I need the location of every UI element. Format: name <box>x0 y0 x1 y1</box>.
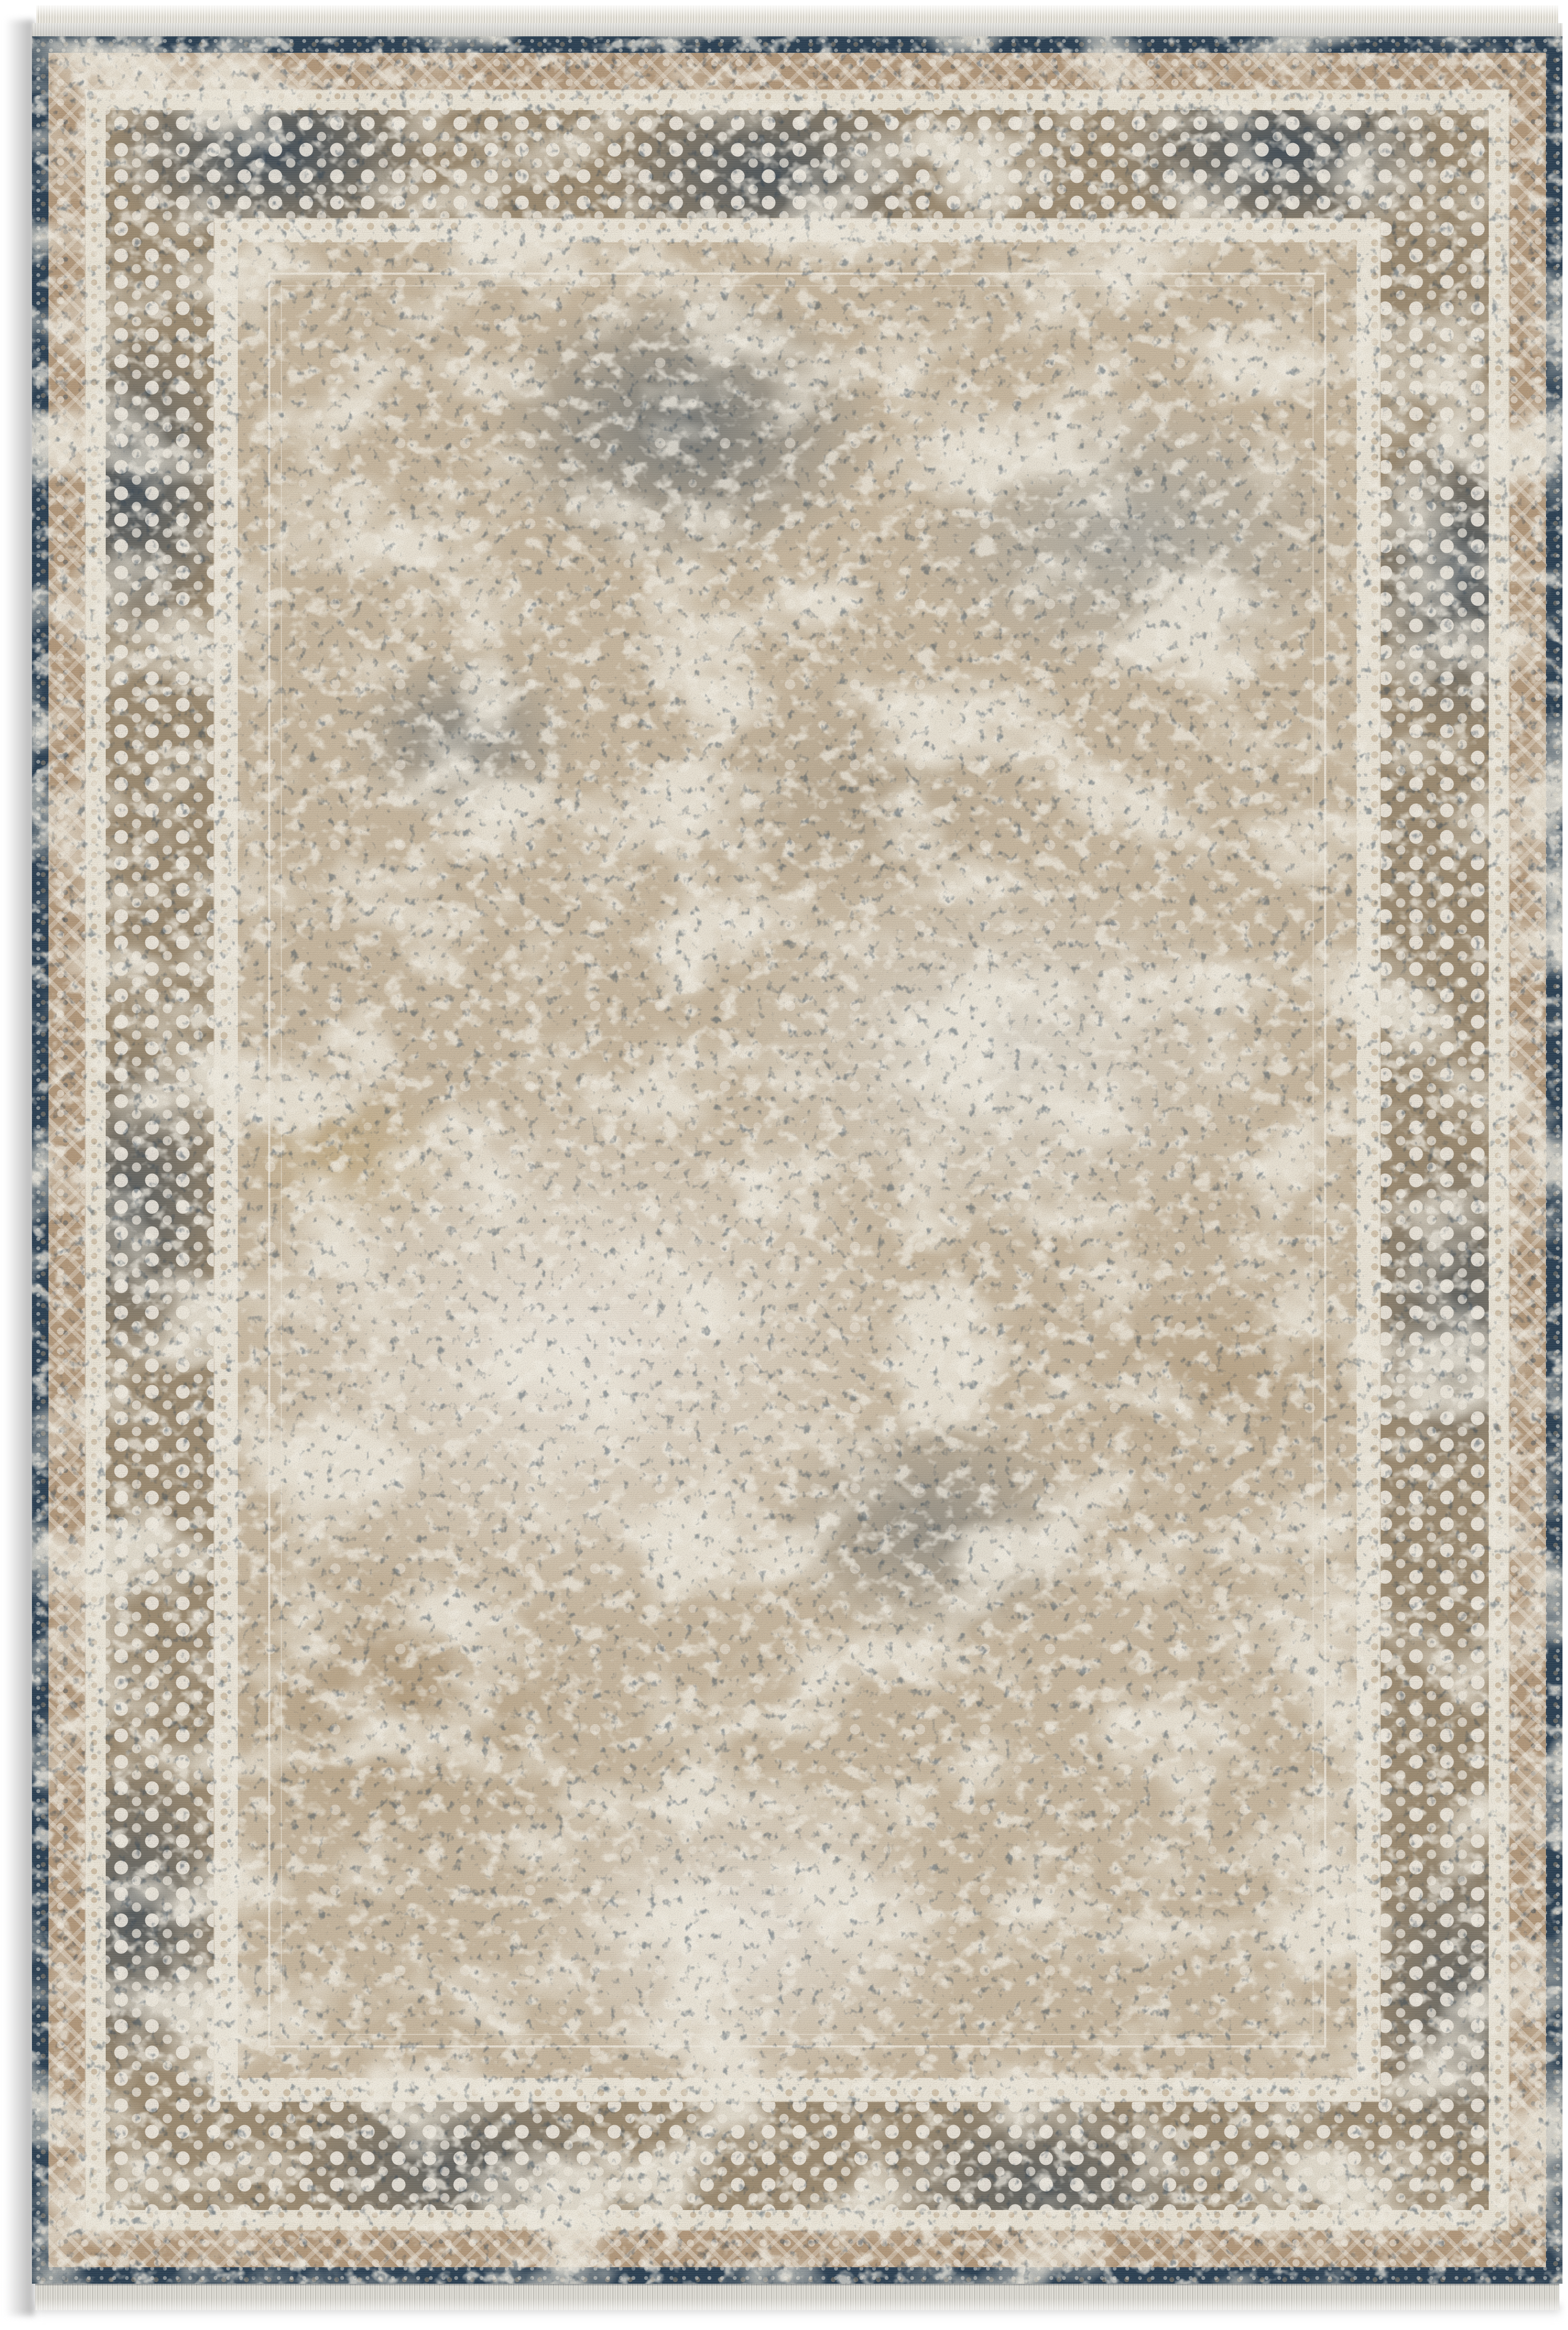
rug-fringe-top <box>36 6 1558 23</box>
distress-texture-overlay <box>32 36 1562 2284</box>
rug-shadow-left <box>6 20 34 2316</box>
rug-fringe-bottom <box>35 2284 1559 2310</box>
rug-end-weave-band <box>32 23 1562 36</box>
photo-background <box>0 0 1568 2330</box>
rug-body <box>32 36 1562 2284</box>
rug-photo <box>32 6 1562 2310</box>
